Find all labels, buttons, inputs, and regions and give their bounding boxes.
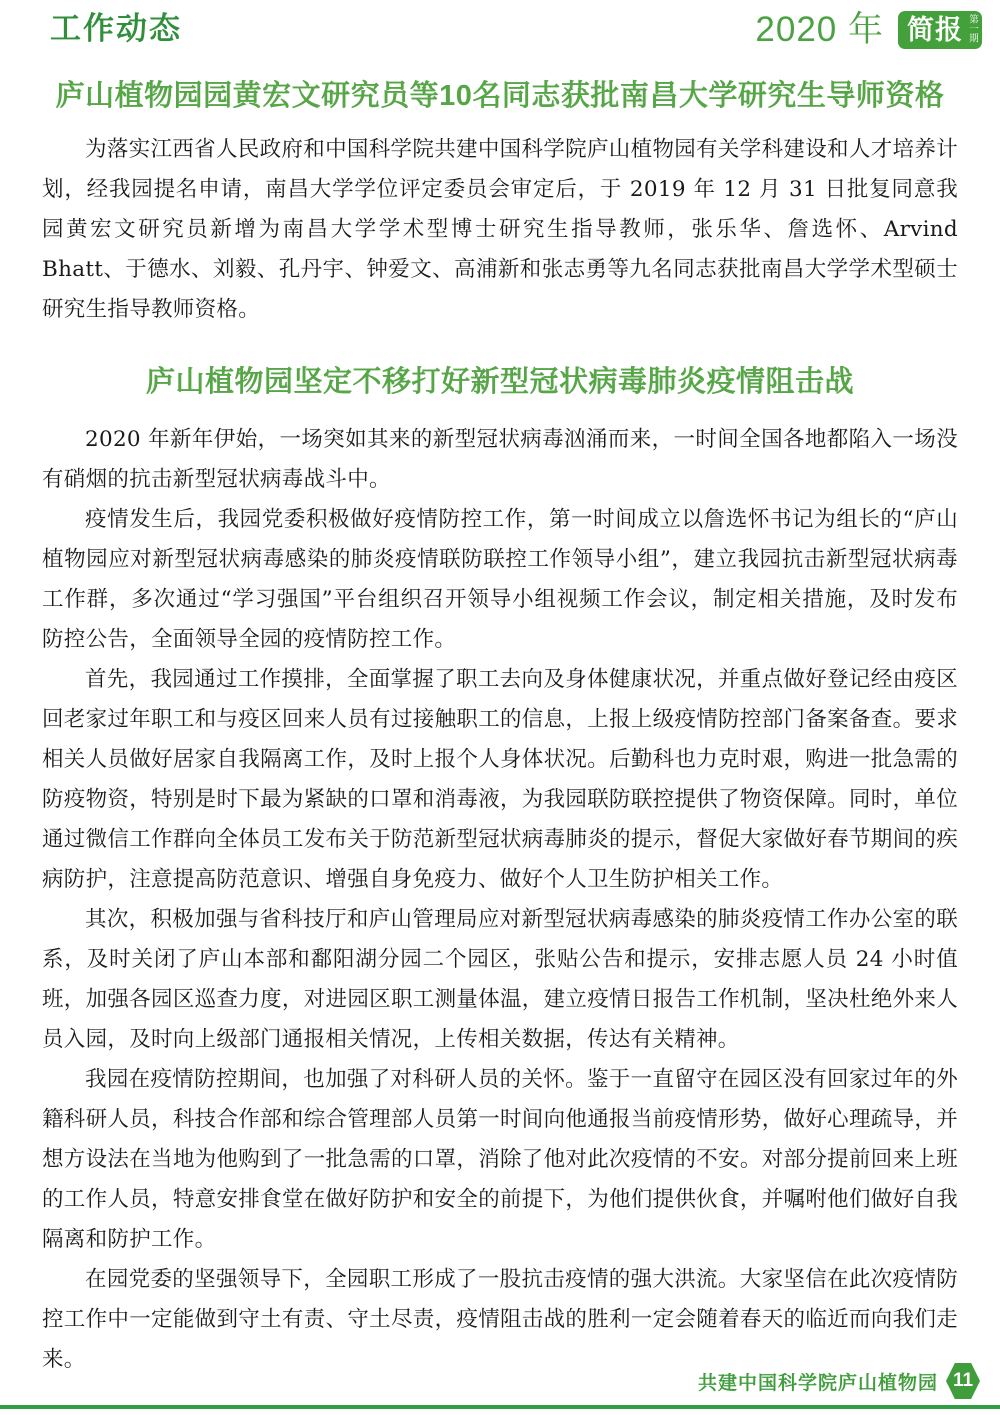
article-paragraph: 疫情发生后，我园党委积极做好疫情防控工作，第一时间成立以詹选怀书记为组长的“庐山… [42,500,958,660]
year-label: 2020 年 [755,10,884,50]
article-epidemic-prevention: 庐山植物园坚定不移打好新型冠状病毒肺炎疫情阻击战 2020 年新年伊始，一场突如… [42,364,958,1380]
article-paragraph: 为落实江西省人民政府和中国科学院共建中国科学院庐山植物园有关学科建设和人才培养计… [42,130,958,330]
article-paragraph: 其次，积极加强与省科技厅和庐山管理局应对新型冠状病毒感染的肺炎疫情工作办公室的联… [42,900,958,1060]
page-number-badge: 11 [946,1363,980,1399]
article-title: 庐山植物园园黄宏文研究员等10名同志获批南昌大学研究生导师资格 [42,78,958,114]
bulletin-badge: 简报 第一期 [898,11,982,49]
bulletin-page: 工作动态 2020 年 简报 第一期 庐山植物园园黄宏文研究员等10名同志获批南… [0,0,1000,1415]
footer-inner: 共建中国科学院庐山植物园 11 [698,1363,980,1399]
section-title: 工作动态 [50,10,182,48]
page-header: 工作动态 2020 年 简报 第一期 [0,0,1000,50]
article-paragraph: 首先，我园通过工作摸排，全面掌握了职工去向及身体健康状况，并重点做好登记经由疫区… [42,660,958,900]
header-right: 2020 年 简报 第一期 [755,10,982,50]
page-footer: 共建中国科学院庐山植物园 11 [0,1353,1000,1415]
footer-rule [0,1405,1000,1409]
article-paragraph: 2020 年新年伊始，一场突如其来的新型冠状病毒汹涌而来，一时间全国各地都陷入一… [42,420,958,500]
page-body: 庐山植物园园黄宏文研究员等10名同志获批南昌大学研究生导师资格 为落实江西省人民… [0,78,1000,1380]
article-mentor-qualification: 庐山植物园园黄宏文研究员等10名同志获批南昌大学研究生导师资格 为落实江西省人民… [42,78,958,330]
article-title: 庐山植物园坚定不移打好新型冠状病毒肺炎疫情阻击战 [42,364,958,400]
article-paragraph: 我园在疫情防控期间，也加强了对科研人员的关怀。鉴于一直留守在园区没有回家过年的外… [42,1060,958,1260]
bulletin-issue-label: 第一期 [967,14,977,46]
footer-text: 共建中国科学院庐山植物园 [698,1368,938,1395]
bulletin-badge-label: 简报 [907,14,963,46]
